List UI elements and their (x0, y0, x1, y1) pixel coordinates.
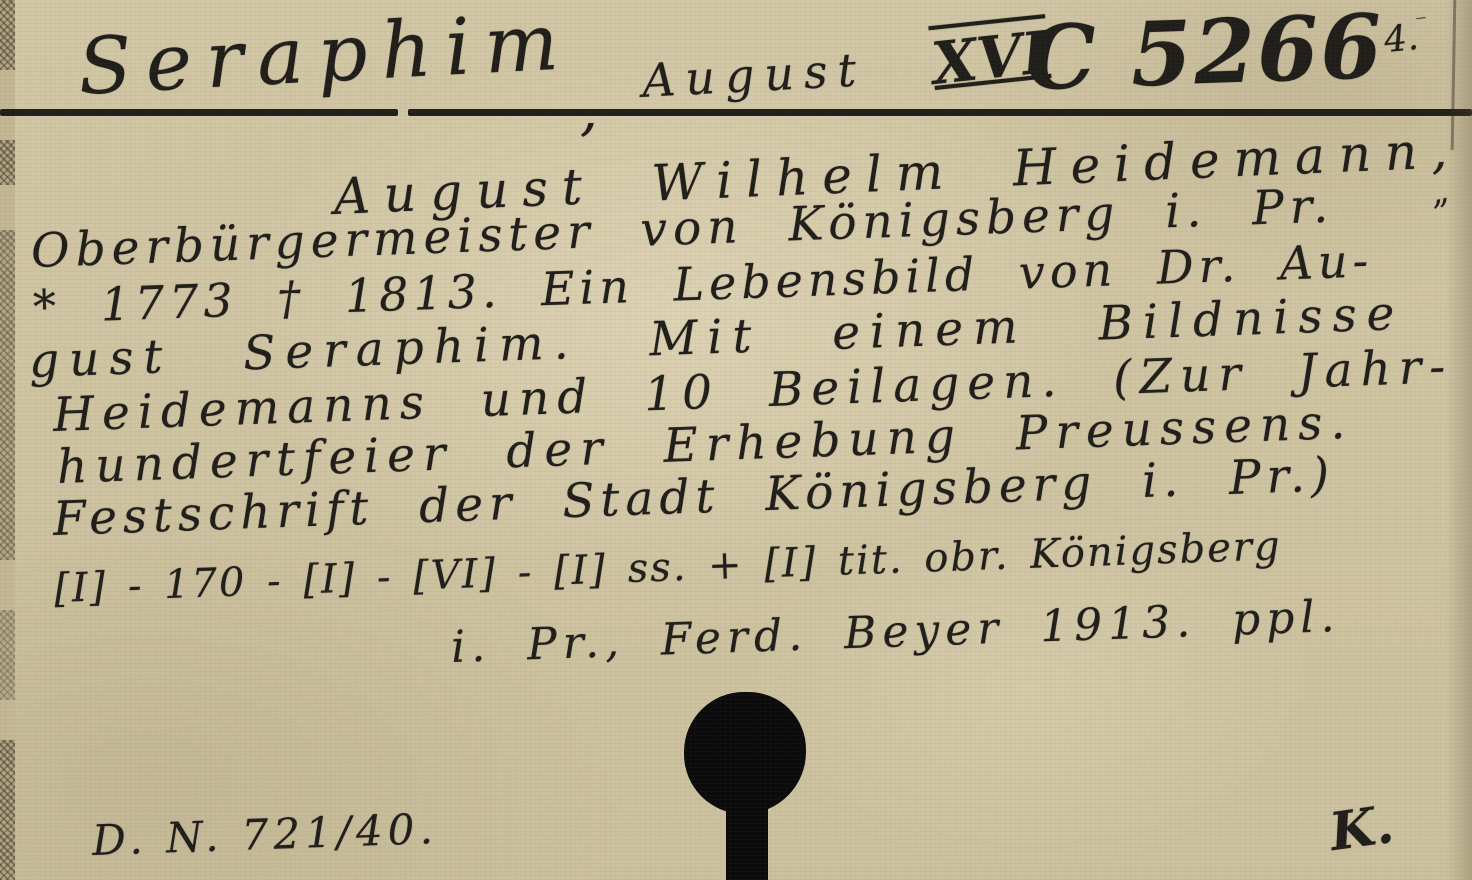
imprint-line: i. Pr., Ferd. Beyer 1913. ppl. (450, 591, 1341, 673)
binding-hatch-patch (0, 610, 15, 700)
surname-entry: Seraphim (76, 0, 575, 113)
accession-number: D. N. 721/40. (91, 804, 438, 865)
binding-hatch-patch (0, 140, 15, 185)
catalog-card-scan: Seraphim , August XVI C 5266 4.‾ August … (0, 0, 1472, 880)
shelfmark-number: C 5266 (1024, 0, 1385, 110)
forename-entry: August (641, 42, 868, 108)
format-mark: 4.‾ (1382, 16, 1430, 61)
binding-hatch-patch (0, 230, 15, 560)
punch-hole-slot (726, 786, 768, 880)
format-mark-number: 4. (1382, 17, 1420, 61)
header-rule (408, 109, 1472, 116)
format-mark-superscript: ‾ (1416, 15, 1428, 37)
card-edge-shadow (1446, 0, 1472, 880)
binding-hatch-patch (0, 740, 15, 880)
binding-edge (0, 0, 15, 880)
cataloger-initials: K. (1326, 794, 1397, 863)
binding-hatch-patch (0, 0, 15, 70)
header-rule (0, 109, 398, 116)
